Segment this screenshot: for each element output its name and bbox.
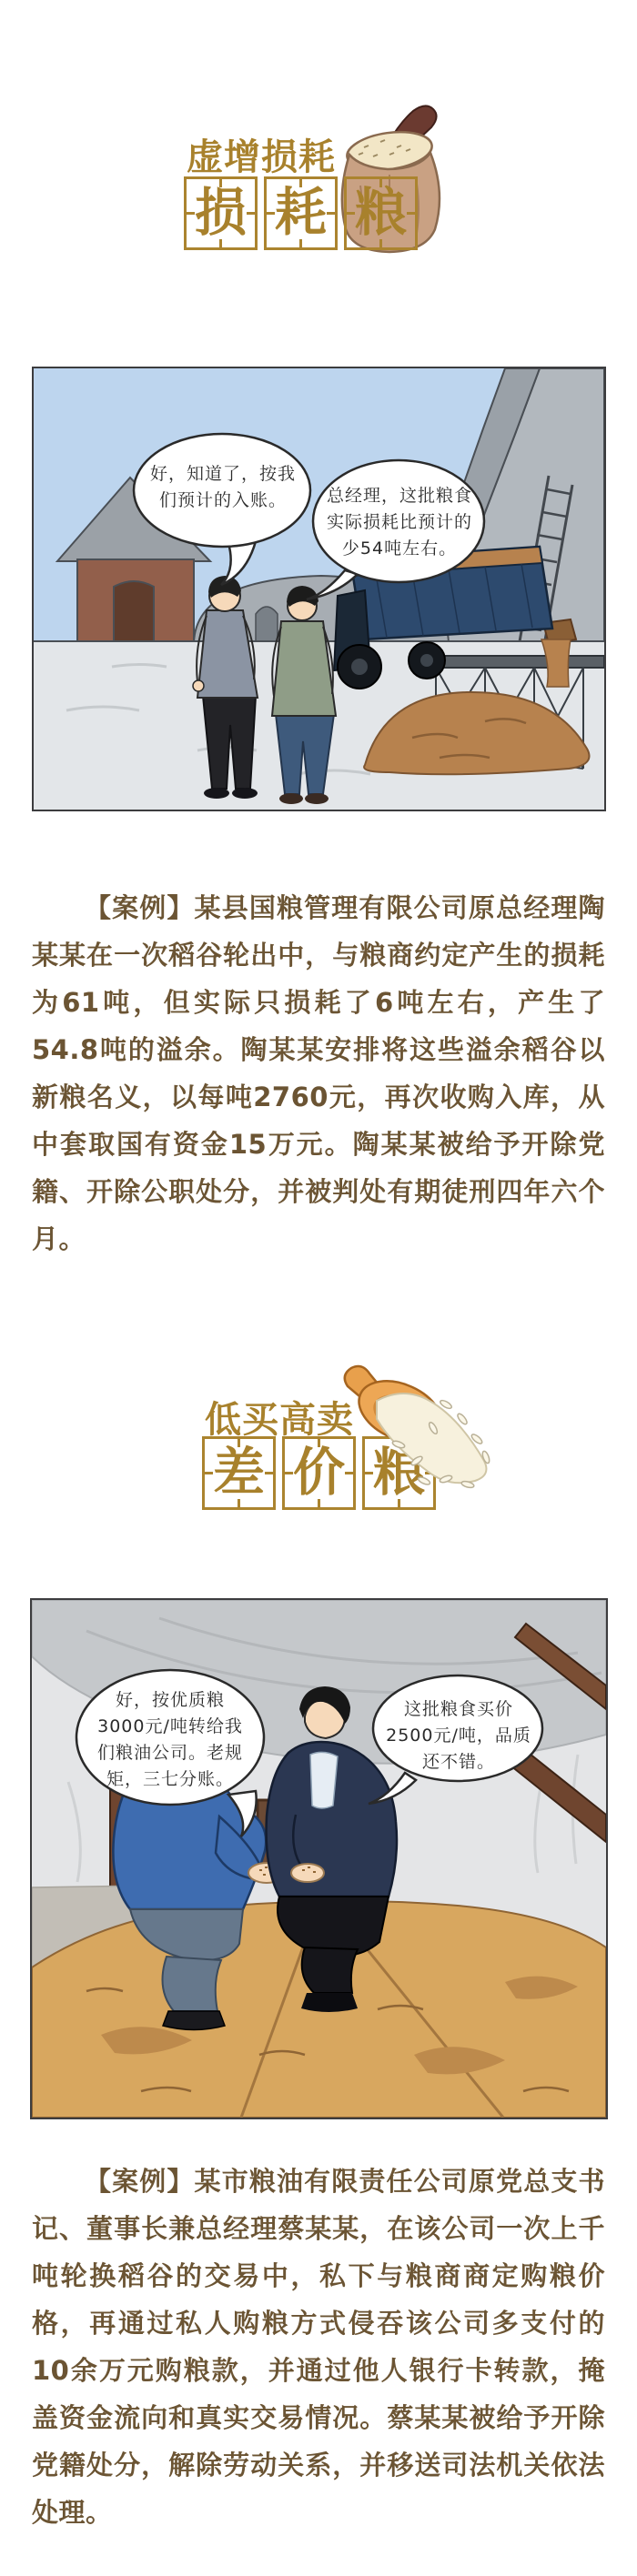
comic-panel-price-gap: 好，按优质粮 3000元/吨转给我 们粮油公司。老规 矩，三七分账。 这批粮食买… [30, 1598, 608, 2119]
speech-bubble-worker: 总经理，这批粮食 实际损耗比预计的 少54吨左右。 [316, 483, 483, 562]
title-char: 粮 [355, 187, 407, 239]
title-char-box: 损 [184, 176, 258, 250]
title-char-box: 粮 [344, 176, 418, 250]
comic-panel-grain-loss: 好，知道了，按我 们预计的入账。 总经理，这批粮食 实际损耗比预计的 少54吨左… [32, 367, 606, 811]
case-paragraph-1: 【案例】某县国粮管理有限公司原总经理陶某某在一次稻谷轮出中，与粮商约定产生的损耗… [32, 884, 605, 1263]
poster-page: 虚增损耗 损 耗 粮 [0, 0, 637, 2576]
title-char-box: 差 [202, 1436, 276, 1510]
speech-bubble-manager: 好，知道了，按我 们预计的入账。 [136, 461, 310, 514]
section1-tagline: 虚增损耗 [187, 128, 336, 180]
title-char-box: 耗 [264, 176, 338, 250]
title-char: 损 [195, 187, 247, 239]
case-paragraph-2: 【案例】某市粮油有限责任公司原党总支书记、董事长兼总经理蔡某某，在该公司一次上千… [32, 2158, 605, 2536]
speech-bubble-buyer: 好，按优质粮 3000元/吨转给我 们粮油公司。老规 矩，三七分账。 [79, 1687, 261, 1793]
section2-tagline: 低买高卖 [205, 1391, 354, 1443]
rice-scoop-icon [339, 1352, 495, 1497]
title-char: 耗 [275, 187, 327, 239]
section1-title: 损 耗 粮 [184, 176, 418, 250]
comic1-scene [34, 368, 604, 810]
title-char: 差 [213, 1447, 265, 1499]
comic2-scene [32, 1600, 606, 2118]
speech-bubble-seller: 这批粮食买价 2500元/吨，品质 还不错。 [376, 1696, 541, 1776]
title-char: 价 [293, 1447, 345, 1499]
